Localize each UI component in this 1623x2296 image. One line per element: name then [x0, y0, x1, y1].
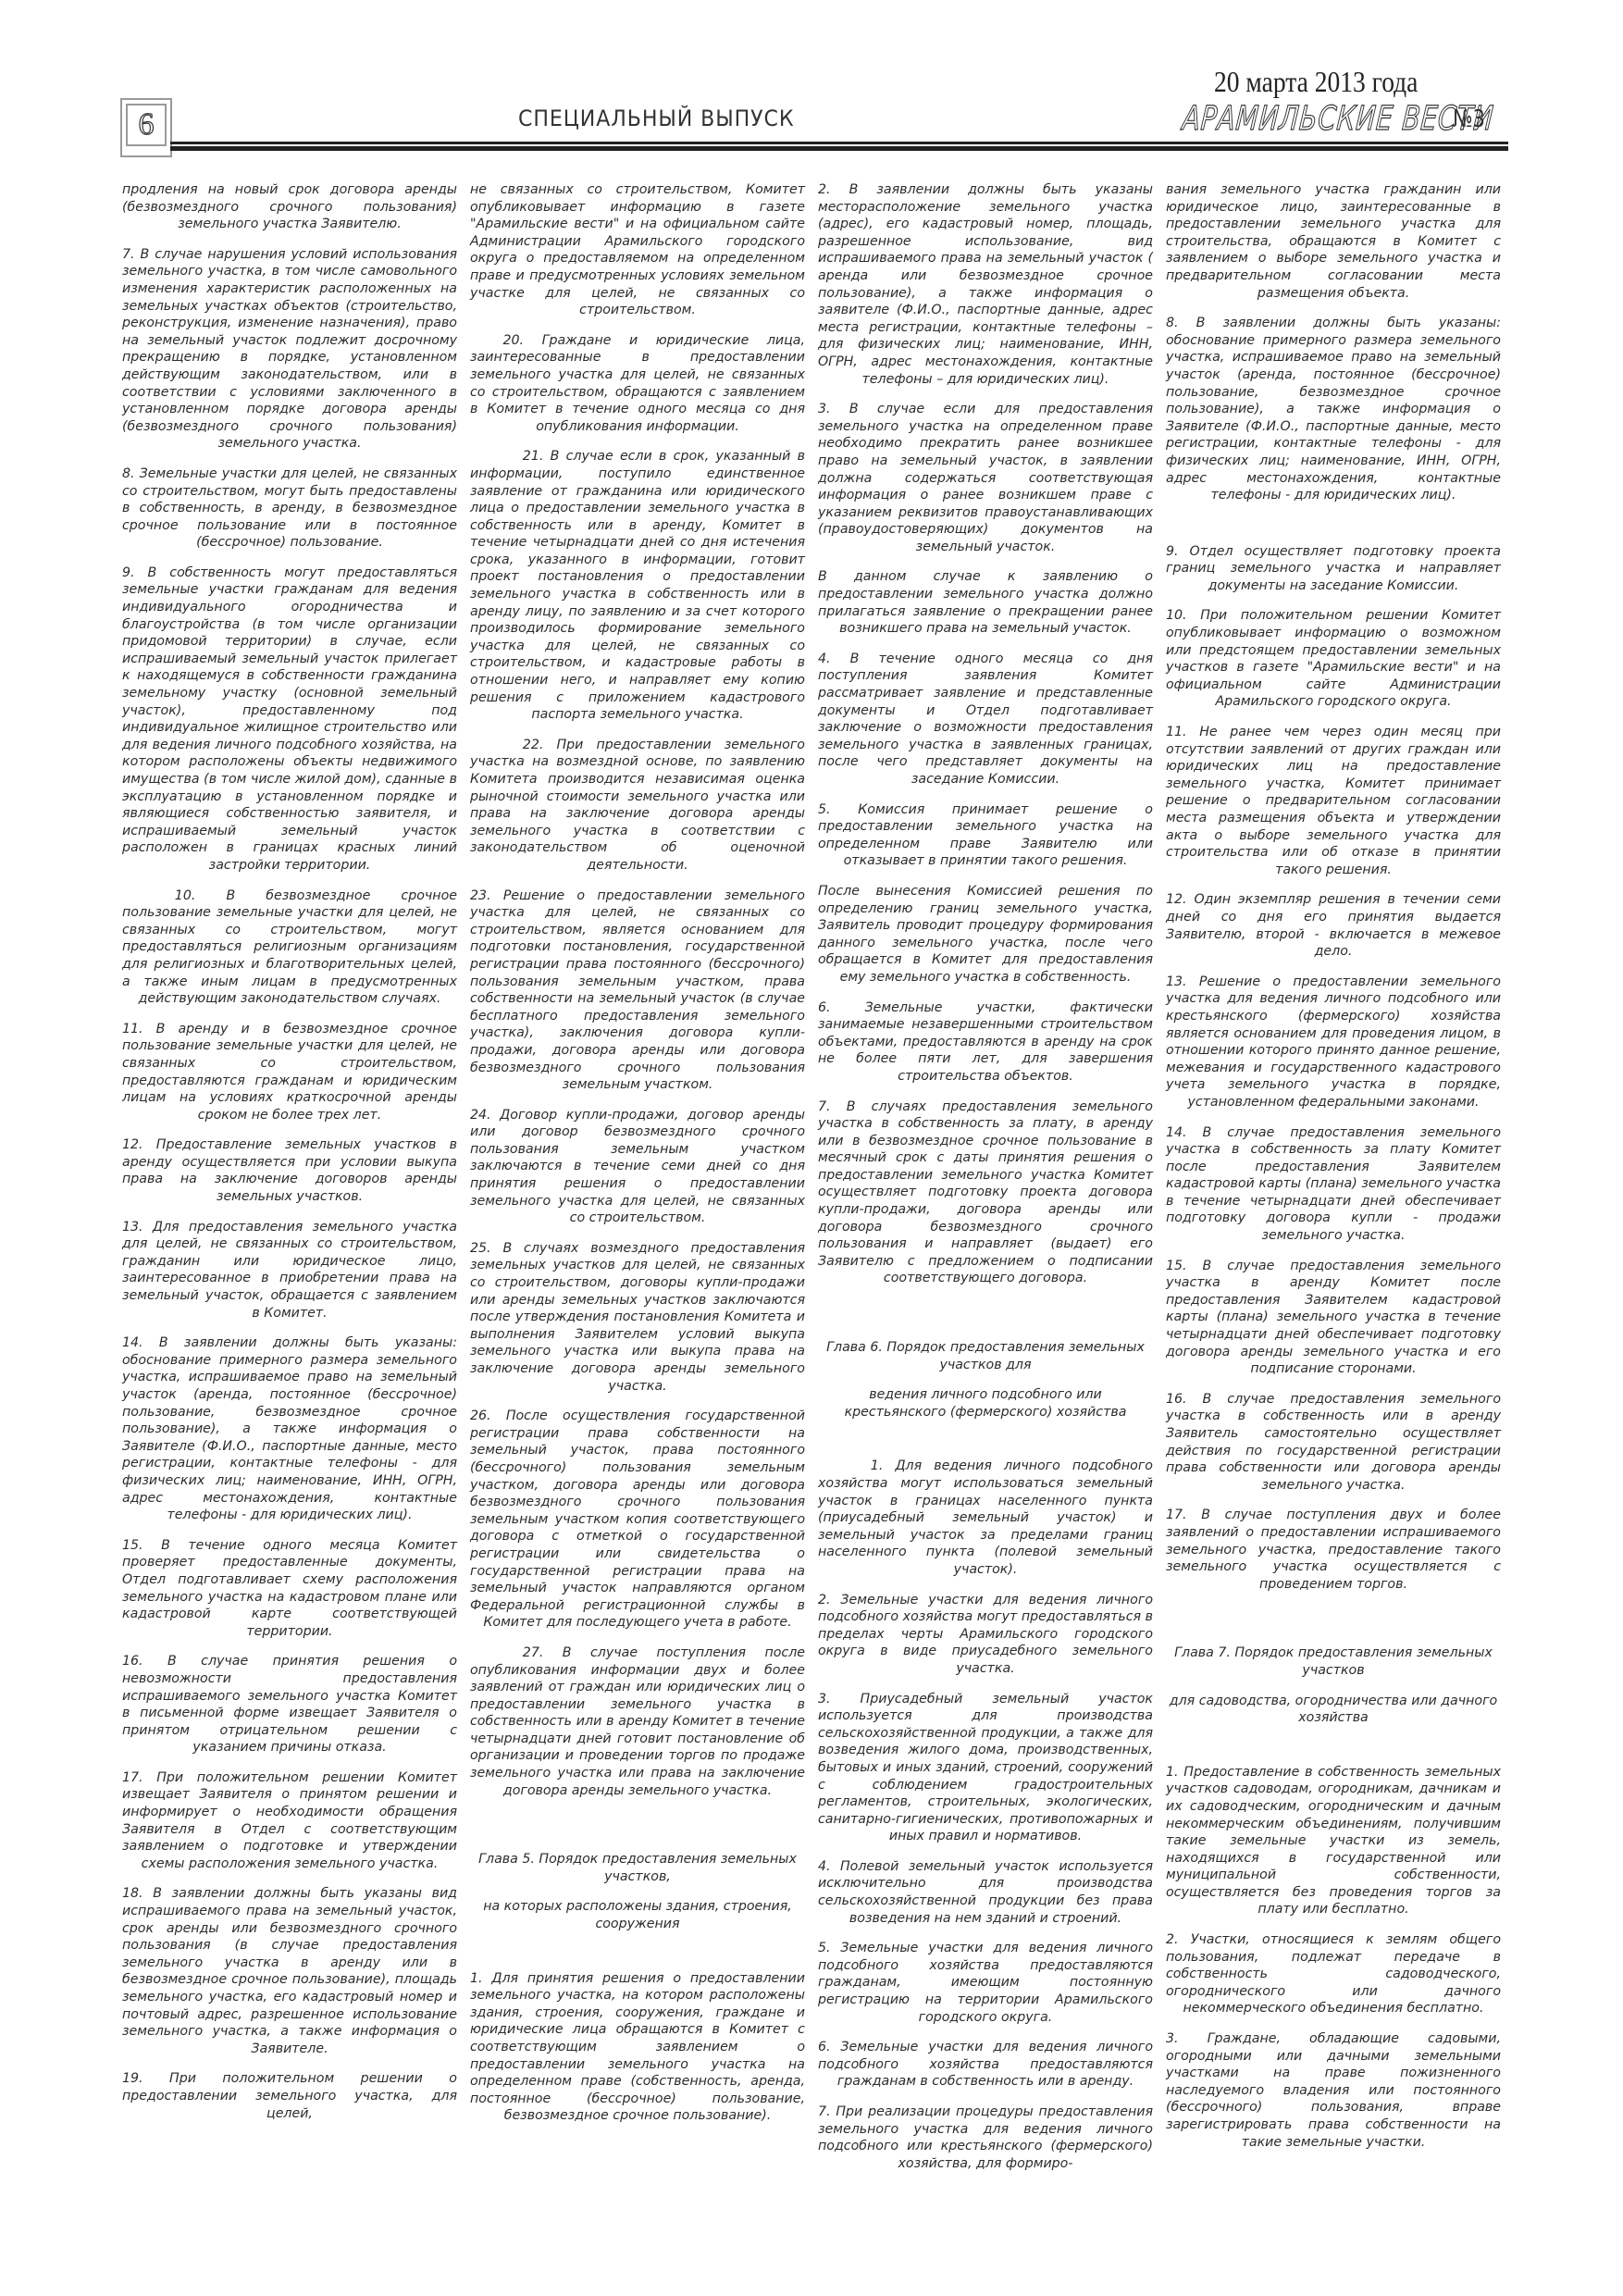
paragraph: 16. В случае принятия решения о невозмож… — [122, 1653, 457, 1756]
page-number-box: 6 — [120, 98, 172, 157]
paragraph: 12. Один экземпляр решения в течении сем… — [1166, 891, 1501, 960]
paragraph: 16. В случае предоставления земельного у… — [1166, 1391, 1501, 1495]
paragraph: 5. Земельные участки для ведения личного… — [818, 1940, 1153, 2026]
spacer — [470, 1812, 805, 1838]
paragraph: 12. Предоставление земельных участков в … — [122, 1136, 457, 1205]
paragraph: 2. В заявлении должны быть указаны место… — [818, 181, 1153, 388]
paragraph: 15. В течение одного месяца Комитет пров… — [122, 1537, 457, 1641]
paragraph: 10. При положительном решении Комитет оп… — [1166, 607, 1501, 711]
header-rule-thick — [170, 146, 1508, 151]
paragraph: 13. Решение о предоставлении земельного … — [1166, 974, 1501, 1111]
paragraph: 8. В заявлении должны быть указаны: обос… — [1166, 315, 1501, 504]
column-4: вания земельного участка гражданин или ю… — [1166, 181, 1501, 2164]
column-2: не связанных со строительством, Комитет … — [470, 181, 805, 2138]
paragraph: 11. Не ранее чем через один месяц при от… — [1166, 724, 1501, 878]
paragraph: После вынесения Комиссией решения по опр… — [818, 883, 1153, 987]
paragraph: 1. Для ведения личного подсобного хозяйс… — [818, 1458, 1153, 1578]
paragraph: 4. В течение одного месяца со дня поступ… — [818, 651, 1153, 788]
paragraph: 1. Для принятия решения о предоставлении… — [470, 1970, 805, 2125]
spacer — [470, 1944, 805, 1970]
paragraph: 13. Для предоставления земельного участк… — [122, 1219, 457, 1322]
paragraph: 8. Земельные участки для целей, не связа… — [122, 465, 457, 552]
paragraph: 2. Земельные участки для ведения личного… — [818, 1592, 1153, 1678]
newspaper-masthead: АРАМИЛЬСКИЕ ВЕСТИ — [1181, 100, 1495, 138]
chapter-6-title: Глава 6. Порядок предоставления земельны… — [818, 1339, 1153, 1373]
paragraph: 7. В случаях предоставления земельного у… — [818, 1098, 1153, 1288]
paragraph: В данном случае к заявлению о предоставл… — [818, 568, 1153, 637]
paragraph: 18. В заявлении должны быть указаны вид … — [122, 1885, 457, 2057]
paragraph: 2. Участки, относящиеся к землям общего … — [1166, 1931, 1501, 2017]
paragraph: 6. Земельные участки, фактически занимае… — [818, 999, 1153, 1086]
issue-date: 20 марта 2013 года — [1214, 65, 1418, 99]
chapter-5-subtitle: на которых расположены здания, строения,… — [470, 1898, 805, 1932]
spacer — [818, 1300, 1153, 1326]
paragraph: вания земельного участка гражданин или ю… — [1166, 181, 1501, 302]
section-title: СПЕЦИАЛЬНЫЙ ВЫПУСК — [518, 105, 794, 131]
paragraph: 3. Граждане, обладающие садовыми, огород… — [1166, 2030, 1501, 2151]
header-rule-thin — [170, 142, 1508, 144]
paragraph: 11. В аренду и в безвозмездное срочное п… — [122, 1021, 457, 1124]
column-1: продления на новый срок договора аренды … — [122, 181, 457, 2135]
paragraph: 17. В случае поступления двух и более за… — [1166, 1507, 1501, 1593]
paragraph: 17. При положительном решении Комитет из… — [122, 1769, 457, 1873]
spacer — [1166, 1606, 1501, 1632]
paragraph: 26. После осуществления государственной … — [470, 1408, 805, 1632]
spacer — [818, 1432, 1153, 1458]
paragraph: 15. В случае предоставления земельного у… — [1166, 1258, 1501, 1378]
chapter-5-title: Глава 5. Порядок предоставления земельны… — [470, 1851, 805, 1885]
paragraph: 14. В заявлении должны быть указаны: обо… — [122, 1334, 457, 1524]
page-number: 6 — [126, 104, 167, 146]
paragraph: 9. Отдел осуществляет подготовку проекта… — [1166, 543, 1501, 595]
paragraph: 14. В случае предоставления земельного у… — [1166, 1124, 1501, 1245]
paragraph: 4. Полевой земельный участок используетс… — [818, 1858, 1153, 1927]
paragraph: 25. В случаях возмездного предоставления… — [470, 1240, 805, 1395]
paragraph: 3. В случае если для предоставления земе… — [818, 401, 1153, 555]
paragraph: 21. В случае если в срок, указанный в ин… — [470, 448, 805, 724]
paragraph: 24. Договор купли-продажи, договор аренд… — [470, 1107, 805, 1227]
paragraph: не связанных со строительством, Комитет … — [470, 181, 805, 319]
paragraph: 7. В случае нарушения условий использова… — [122, 246, 457, 453]
issue-number: №3 — [1453, 105, 1485, 133]
chapter-7-title: Глава 7. Порядок предоставления земельны… — [1166, 1644, 1501, 1679]
paragraph: 1. Предоставление в собственность земель… — [1166, 1764, 1501, 1918]
spacer — [1166, 1738, 1501, 1764]
paragraph: 7. При реализации процедуры предоставлен… — [818, 2104, 1153, 2172]
paragraph: 23. Решение о предоставлении земельного … — [470, 887, 805, 1094]
column-3: 2. В заявлении должны быть указаны место… — [818, 181, 1153, 2185]
paragraph: продления на новый срок договора аренды … — [122, 181, 457, 233]
chapter-6-subtitle: ведения личного подсобного или крестьянс… — [818, 1386, 1153, 1421]
paragraph: 20. Граждане и юридические лица, заинтер… — [470, 332, 805, 436]
paragraph: 9. В собственность могут предоставляться… — [122, 565, 457, 875]
paragraph: 3. Приусадебный земельный участок исполь… — [818, 1691, 1153, 1845]
paragraph: 19. При положительном решении о предоста… — [122, 2070, 457, 2122]
paragraph: 22. При предоставлении земельного участк… — [470, 737, 805, 875]
paragraph: 5. Комиссия принимает решение о предоста… — [818, 801, 1153, 870]
spacer — [1166, 517, 1501, 543]
paragraph: 10. В безвозмездное срочное пользование … — [122, 887, 457, 1008]
paragraph: 27. В случае поступления после опубликов… — [470, 1644, 805, 1799]
chapter-7-subtitle: для садоводства, огородничества или дачн… — [1166, 1693, 1501, 1727]
paragraph: 6. Земельные участки для ведения личного… — [818, 2039, 1153, 2091]
